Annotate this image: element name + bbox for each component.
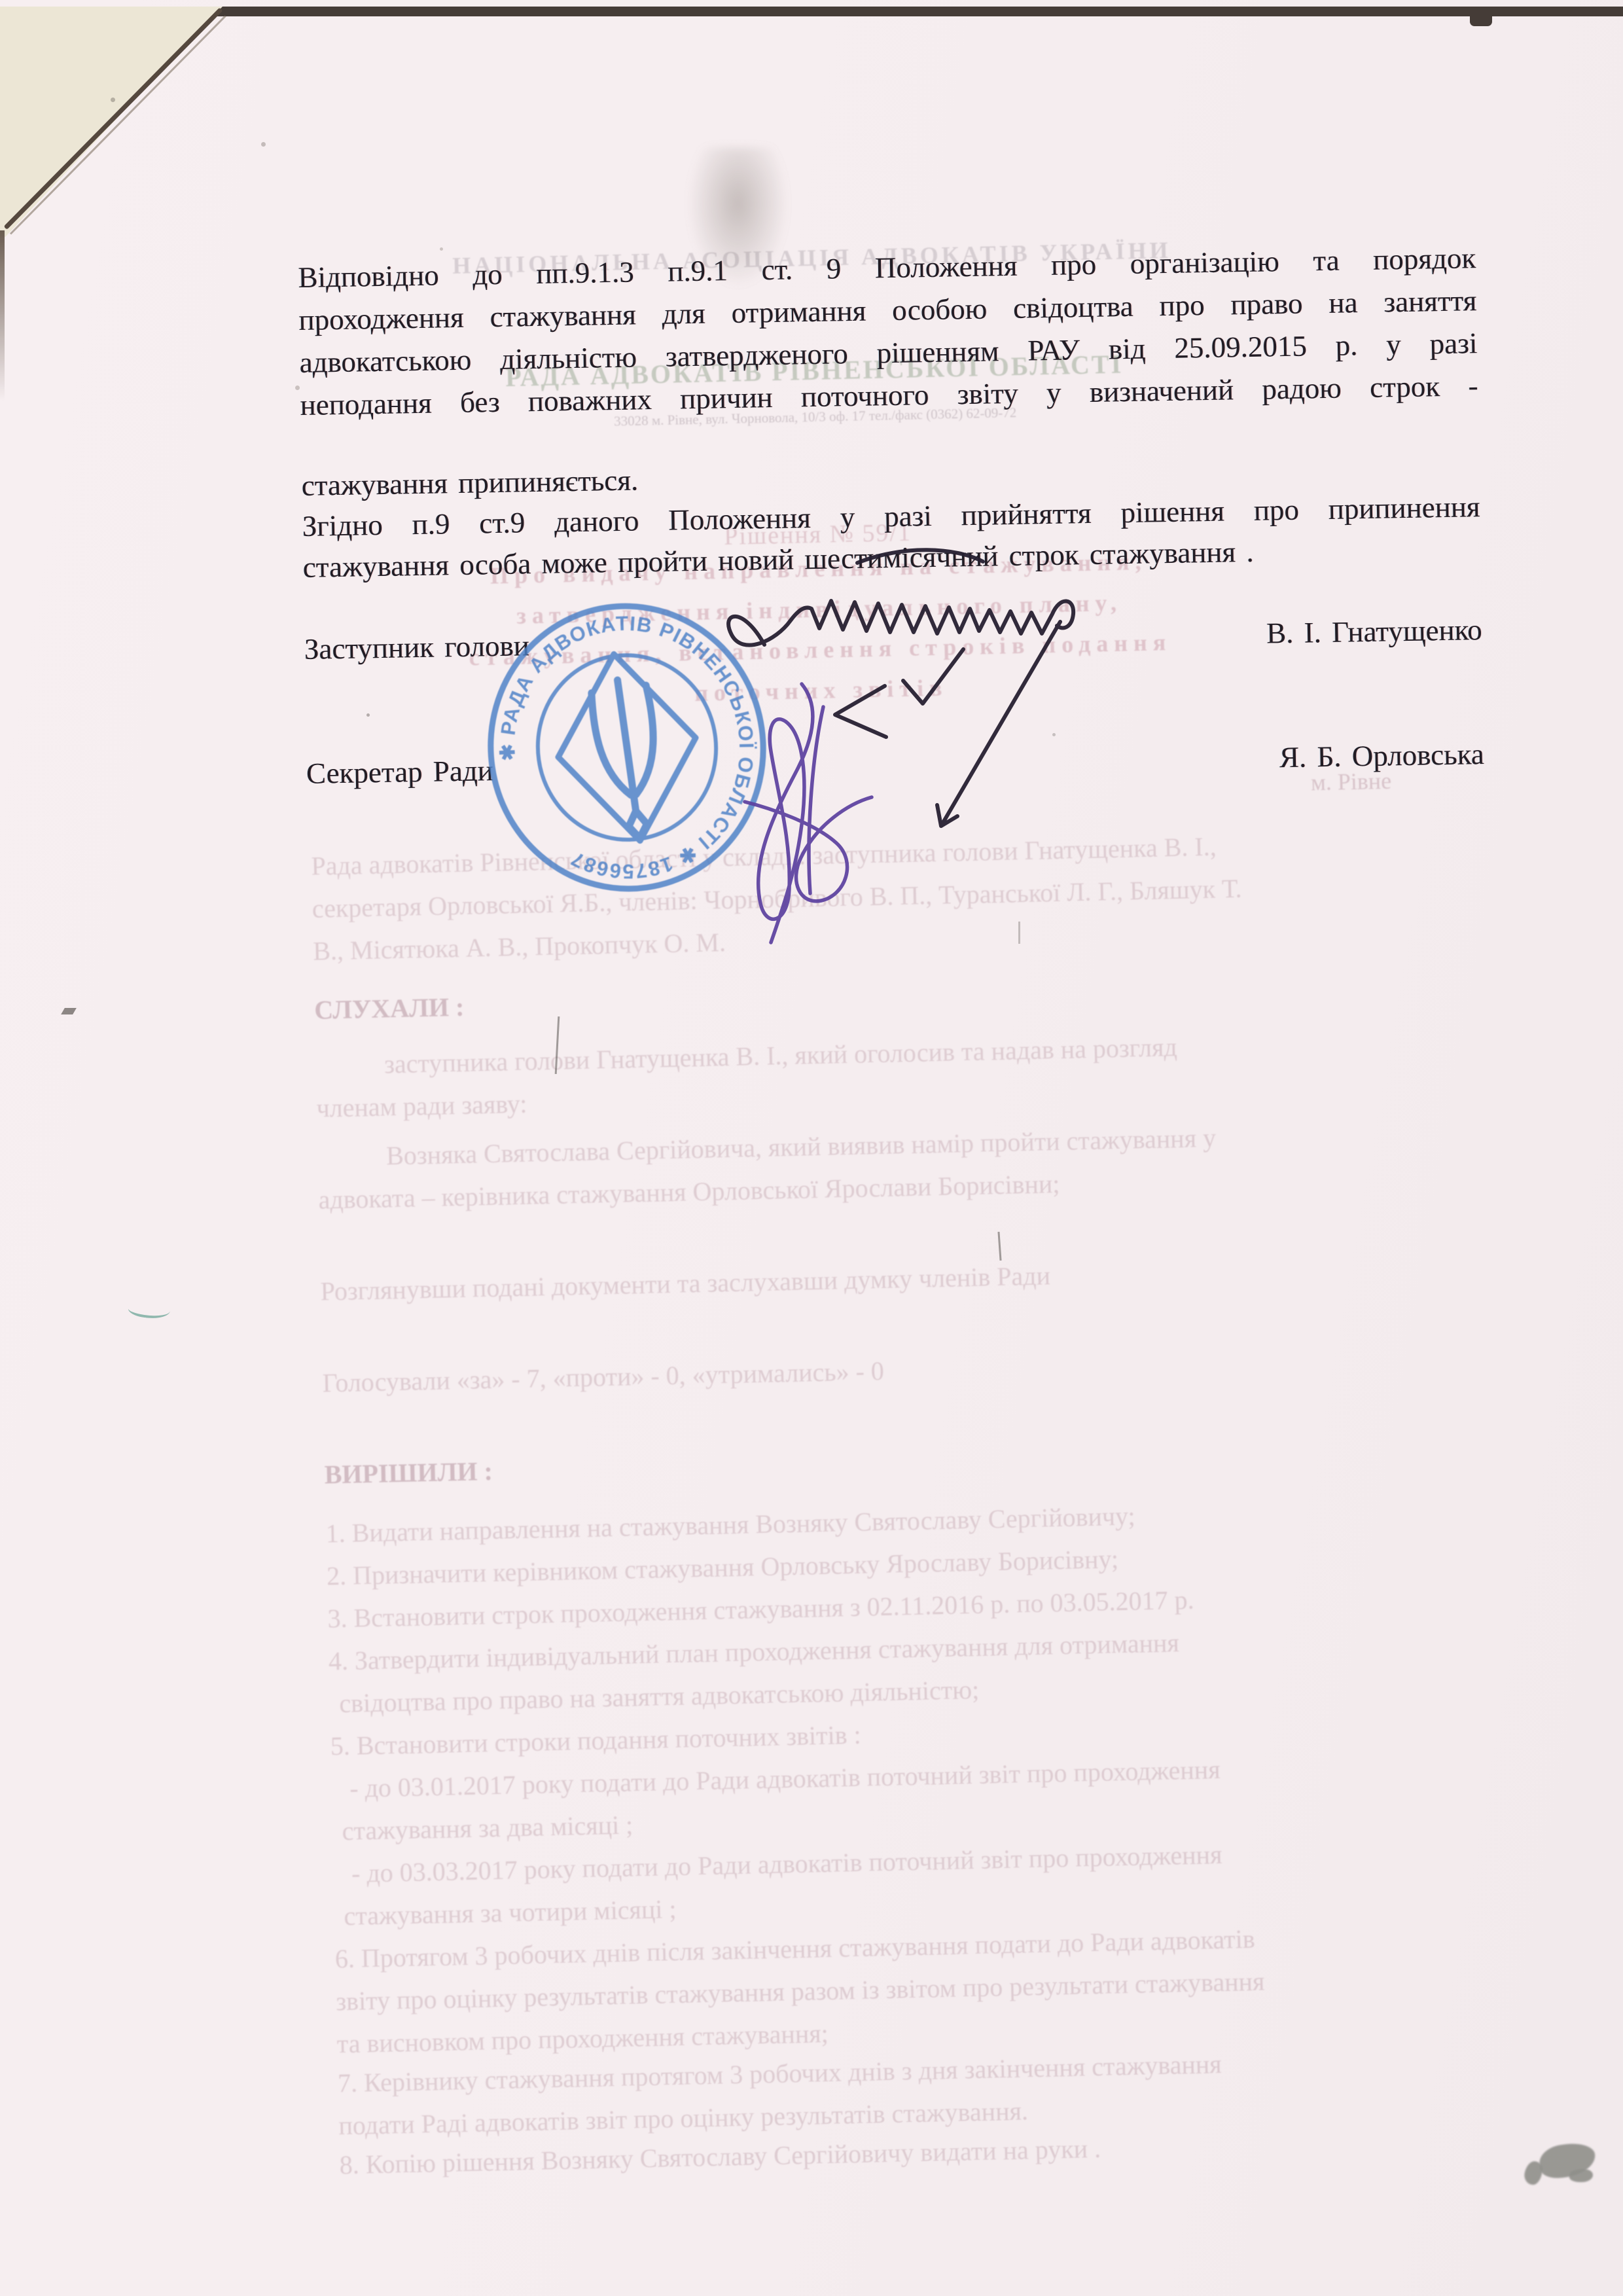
scanned-document-page: НАЦІОНАЛЬНА АСОЦІАЦІЯ АДВОКАТІВ УКРАЇНИ …: [0, 0, 1623, 2296]
ghost-body-line: Розглянувши подані документи та заслухав…: [320, 1250, 1505, 1307]
ghost-body-line: Голосували «за» - 7, «проти» - 0, «утрим…: [322, 1342, 1507, 1399]
ink-blob: [1569, 2169, 1593, 2182]
page-edge-left: [0, 230, 5, 401]
signatory-name: В. І. Гнатущенко: [1266, 612, 1482, 651]
pen-tick-mark: [61, 1008, 77, 1014]
scanner-edge-tab: [1470, 7, 1492, 26]
signature-hnatushchenko: [707, 543, 1126, 851]
signatory-title: Секретар Ради: [306, 753, 494, 791]
ghost-heading-vyrishyly: ВИРІШИЛИ :: [324, 1433, 1509, 1490]
scan-smudge: [687, 147, 789, 288]
scan-fold-mark: [1018, 922, 1020, 944]
scanner-edge-top: [185, 7, 1623, 16]
pen-tick-mark: [128, 1299, 171, 1321]
signatory-name: Я. Б. Орловська: [1279, 736, 1485, 775]
